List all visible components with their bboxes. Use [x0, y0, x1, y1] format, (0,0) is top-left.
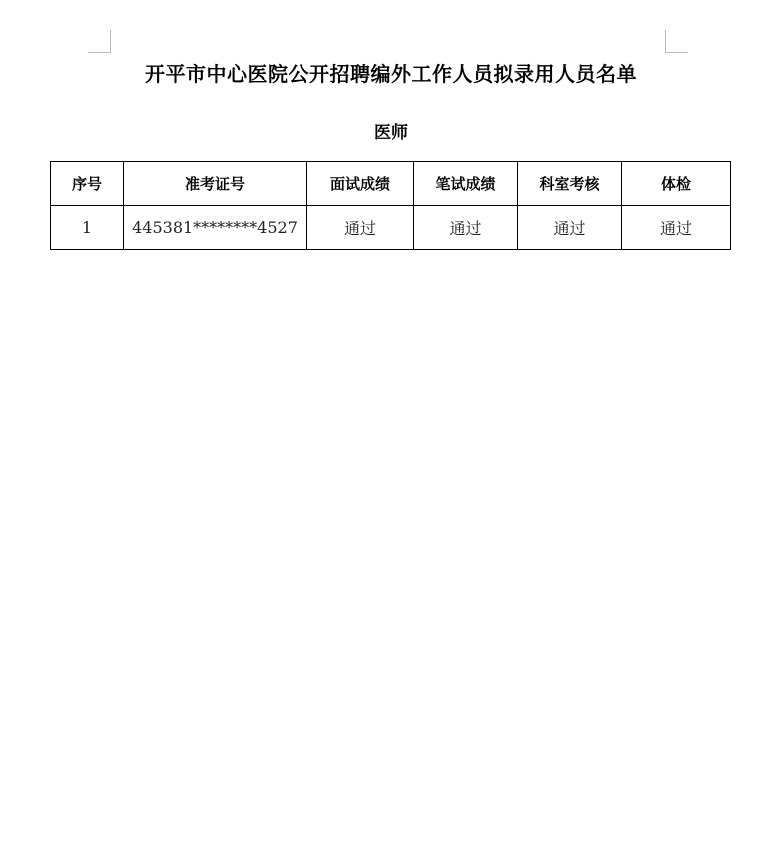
- header-department-assessment: 科室考核: [518, 162, 622, 206]
- header-physical-exam: 体检: [622, 162, 731, 206]
- header-seq: 序号: [51, 162, 124, 206]
- page-corner-mark-top-left: [88, 30, 111, 53]
- table-row: 1 445381********4527 通过 通过 通过 通过: [51, 206, 731, 250]
- cell-interview-score: 通过: [307, 206, 414, 250]
- document-title: 开平市中心医院公开招聘编外工作人员拟录用人员名单: [0, 58, 782, 87]
- cell-seq: 1: [51, 206, 124, 250]
- table-header-row: 序号 准考证号 面试成绩 笔试成绩 科室考核 体检: [51, 162, 731, 206]
- cell-department-assessment: 通过: [518, 206, 622, 250]
- header-exam-id: 准考证号: [124, 162, 307, 206]
- header-written-score: 笔试成绩: [414, 162, 518, 206]
- header-interview-score: 面试成绩: [307, 162, 414, 206]
- page-corner-mark-top-right: [665, 30, 688, 53]
- cell-written-score: 通过: [414, 206, 518, 250]
- section-title: 医师: [0, 118, 782, 143]
- cell-physical-exam: 通过: [622, 206, 731, 250]
- candidate-table: 序号 准考证号 面试成绩 笔试成绩 科室考核 体检 1 445381******…: [50, 161, 731, 250]
- cell-exam-id: 445381********4527: [124, 206, 307, 250]
